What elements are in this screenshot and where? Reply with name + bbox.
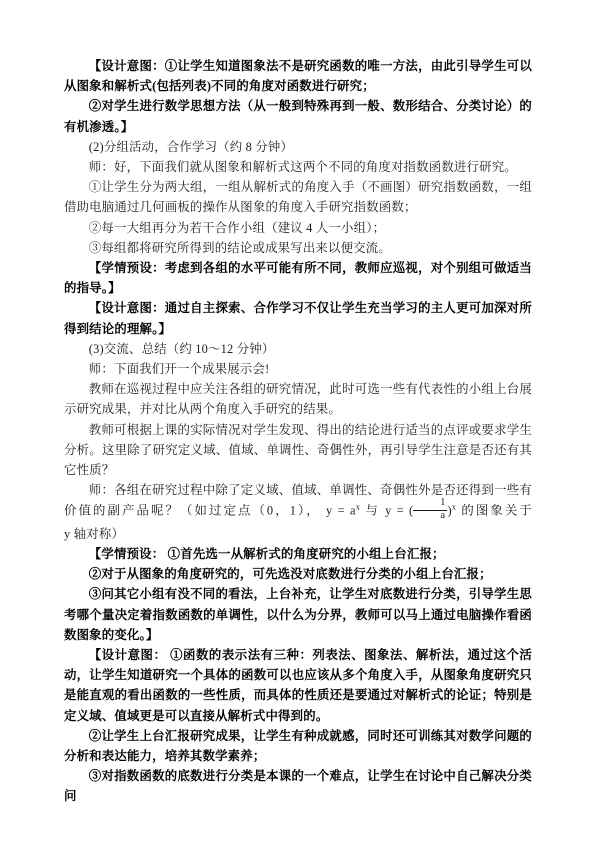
text-run: 【学情预设：考虑到各组的水平可能有所不同，教师应巡视，对个别组可做适当的指导。】 xyxy=(64,261,532,295)
paragraph-design-intent-block-3-item-1: 【设计意图： ①函数的表示法有三种：列表法、图象法、解析法，通过这个活动，让学生… xyxy=(64,645,532,726)
text-run: 师：下面我们开一个成果展示会! xyxy=(89,362,270,376)
paragraph-activity-2-step-3: ③每组都将研究所得到的结论或成果写出来以便交流。 xyxy=(64,238,532,258)
paragraph-teacher-guidance-2: 教师可根据上课的实际情况对学生发现、得出的结论进行适当的点评或要求学生分析。这里… xyxy=(64,420,532,481)
text-run: ③对指数函数的底数进行分类是本课的一个难点，让学生在讨论中自己解决分类问 xyxy=(64,769,532,803)
text-run: 的图象关于 xyxy=(456,504,532,518)
document-content: 【设计意图：①让学生知道图象法不是研究函数的唯一方法，由此引导学生可以从图象和解… xyxy=(64,56,532,807)
paragraph-learning-preset-block-1: 【学情预设：考虑到各组的水平可能有所不同，教师应巡视，对个别组可做适当的指导。】 xyxy=(64,258,532,298)
text-run: 教师可根据上课的实际情况对学生发现、得出的结论进行适当的点评或要求学生分析。这里… xyxy=(64,423,532,477)
text-run: 师：好，下面我们就从图象和解析式这两个不同的角度对指数函数进行研究。 xyxy=(89,160,517,174)
paragraph-design-intent-block-2: 【设计意图：通过自主探索、合作学习不仅让学生充当学习的主人更可加深对所得到结论的… xyxy=(64,298,532,338)
paragraph-activity-3-heading: (3)交流、总结（约 10～12 分钟） xyxy=(64,339,532,359)
text-run: 教师在巡视过程中应关注各组的研究情况，此时可选一些有代表性的小组上台展示研究成果… xyxy=(64,382,532,416)
paragraph-teacher-line-1: 师：好，下面我们就从图象和解析式这两个不同的角度对指数函数进行研究。 xyxy=(64,157,532,177)
paragraph-teacher-guidance-1: 教师在巡视过程中应关注各组的研究情况，此时可选一些有代表性的小组上台展示研究成果… xyxy=(64,379,532,419)
paragraph-learning-preset-block-2-item-1: 【学情预设： ①首先选一从解析式的角度研究的小组上台汇报； xyxy=(64,544,532,564)
text-run: 【设计意图：①让学生知道图象法不是研究函数的唯一方法，由此引导学生可以从图象和解… xyxy=(64,59,532,93)
paragraph-design-intent-block-1-item-1: 【设计意图：①让学生知道图象法不是研究函数的唯一方法，由此引导学生可以从图象和解… xyxy=(64,56,532,96)
text-run: ①让学生分为两大组，一组从解析式的角度入手（不画图）研究指数函数，一组借助电脑通… xyxy=(64,180,532,214)
document-page: 【设计意图：①让学生知道图象法不是研究函数的唯一方法，由此引导学生可以从图象和解… xyxy=(0,0,595,842)
text-run: (2)分组活动，合作学习（约 8 分钟） xyxy=(89,140,293,154)
fraction-denominator: a xyxy=(413,511,447,522)
paragraph-teacher-line-2: 师：下面我们开一个成果展示会! xyxy=(64,359,532,379)
text-run: ②每一大组再分为若干合作小组（建议 4 人一小组）； xyxy=(89,221,385,235)
paragraph-design-intent-block-3-item-3: ③对指数函数的底数进行分类是本课的一个难点，让学生在讨论中自己解决分类问 xyxy=(64,766,532,806)
paragraph-learning-preset-block-2-item-2: ②对于从图象的角度研究的，可先选没对底数进行分类的小组上台汇报； xyxy=(64,564,532,584)
text-run: 【设计意图：通过自主探索、合作学习不仅让学生充当学习的主人更可加深对所得到结论的… xyxy=(64,301,532,335)
paragraph-activity-2-step-1: ①让学生分为两大组，一组从解析式的角度入手（不画图）研究指数函数，一组借助电脑通… xyxy=(64,177,532,217)
text-run: ②让学生上台汇报研究成果，让学生有种成就感，同时还可训练其对数学问题的分析和表达… xyxy=(64,729,532,763)
text-run: 【学情预设： ①首先选一从解析式的角度研究的小组上台汇报； xyxy=(89,547,445,561)
fraction-numerator: 1 xyxy=(413,498,447,510)
paragraph-activity-2-step-2: ②每一大组再分为若干合作小组（建议 4 人一小组）； xyxy=(64,218,532,238)
text-run: ②对学生进行数学思想方法（从一般到特殊再到一般、数形结合、分类讨论）的有机渗透。… xyxy=(64,99,532,133)
text-run: (3)交流、总结（约 10～12 分钟） xyxy=(89,342,275,356)
paragraph-design-intent-block-3-item-2: ②让学生上台汇报研究成果，让学生有种成就感，同时还可训练其对数学问题的分析和表达… xyxy=(64,726,532,766)
paragraph-design-intent-block-1-item-2: ②对学生进行数学思想方法（从一般到特殊再到一般、数形结合、分类讨论）的有机渗透。… xyxy=(64,96,532,136)
paragraph-teacher-line-3-with-formula: 师：各组在研究过程中除了定义域、值域、单调性、奇偶性外是否还得到一些有价值的副产… xyxy=(64,480,532,544)
text-run: ③问其它小组有没不同的看法，上台补充，让学生对底数进行分类，引导学生思考哪个量决… xyxy=(64,587,532,641)
text-run: 【设计意图： ①函数的表示法有三种：列表法、图象法、解析法，通过这个活动，让学生… xyxy=(64,648,532,723)
text-run: ②对于从图象的角度研究的，可先选没对底数进行分类的小组上台汇报； xyxy=(89,567,492,581)
math-expression: y = a xyxy=(326,504,356,518)
text-run: ③每组都将研究所得到的结论或成果写出来以便交流。 xyxy=(89,241,391,255)
text-run: 与 xyxy=(360,504,385,518)
text-run: 轴对称） xyxy=(70,527,124,541)
math-fraction: 1a xyxy=(413,498,447,521)
paragraph-learning-preset-block-2-item-3: ③问其它小组有没不同的看法，上台补充，让学生对底数进行分类，引导学生思考哪个量决… xyxy=(64,584,532,645)
paragraph-activity-2-heading: (2)分组活动，合作学习（约 8 分钟） xyxy=(64,137,532,157)
math-expression: y = ( xyxy=(385,504,413,518)
